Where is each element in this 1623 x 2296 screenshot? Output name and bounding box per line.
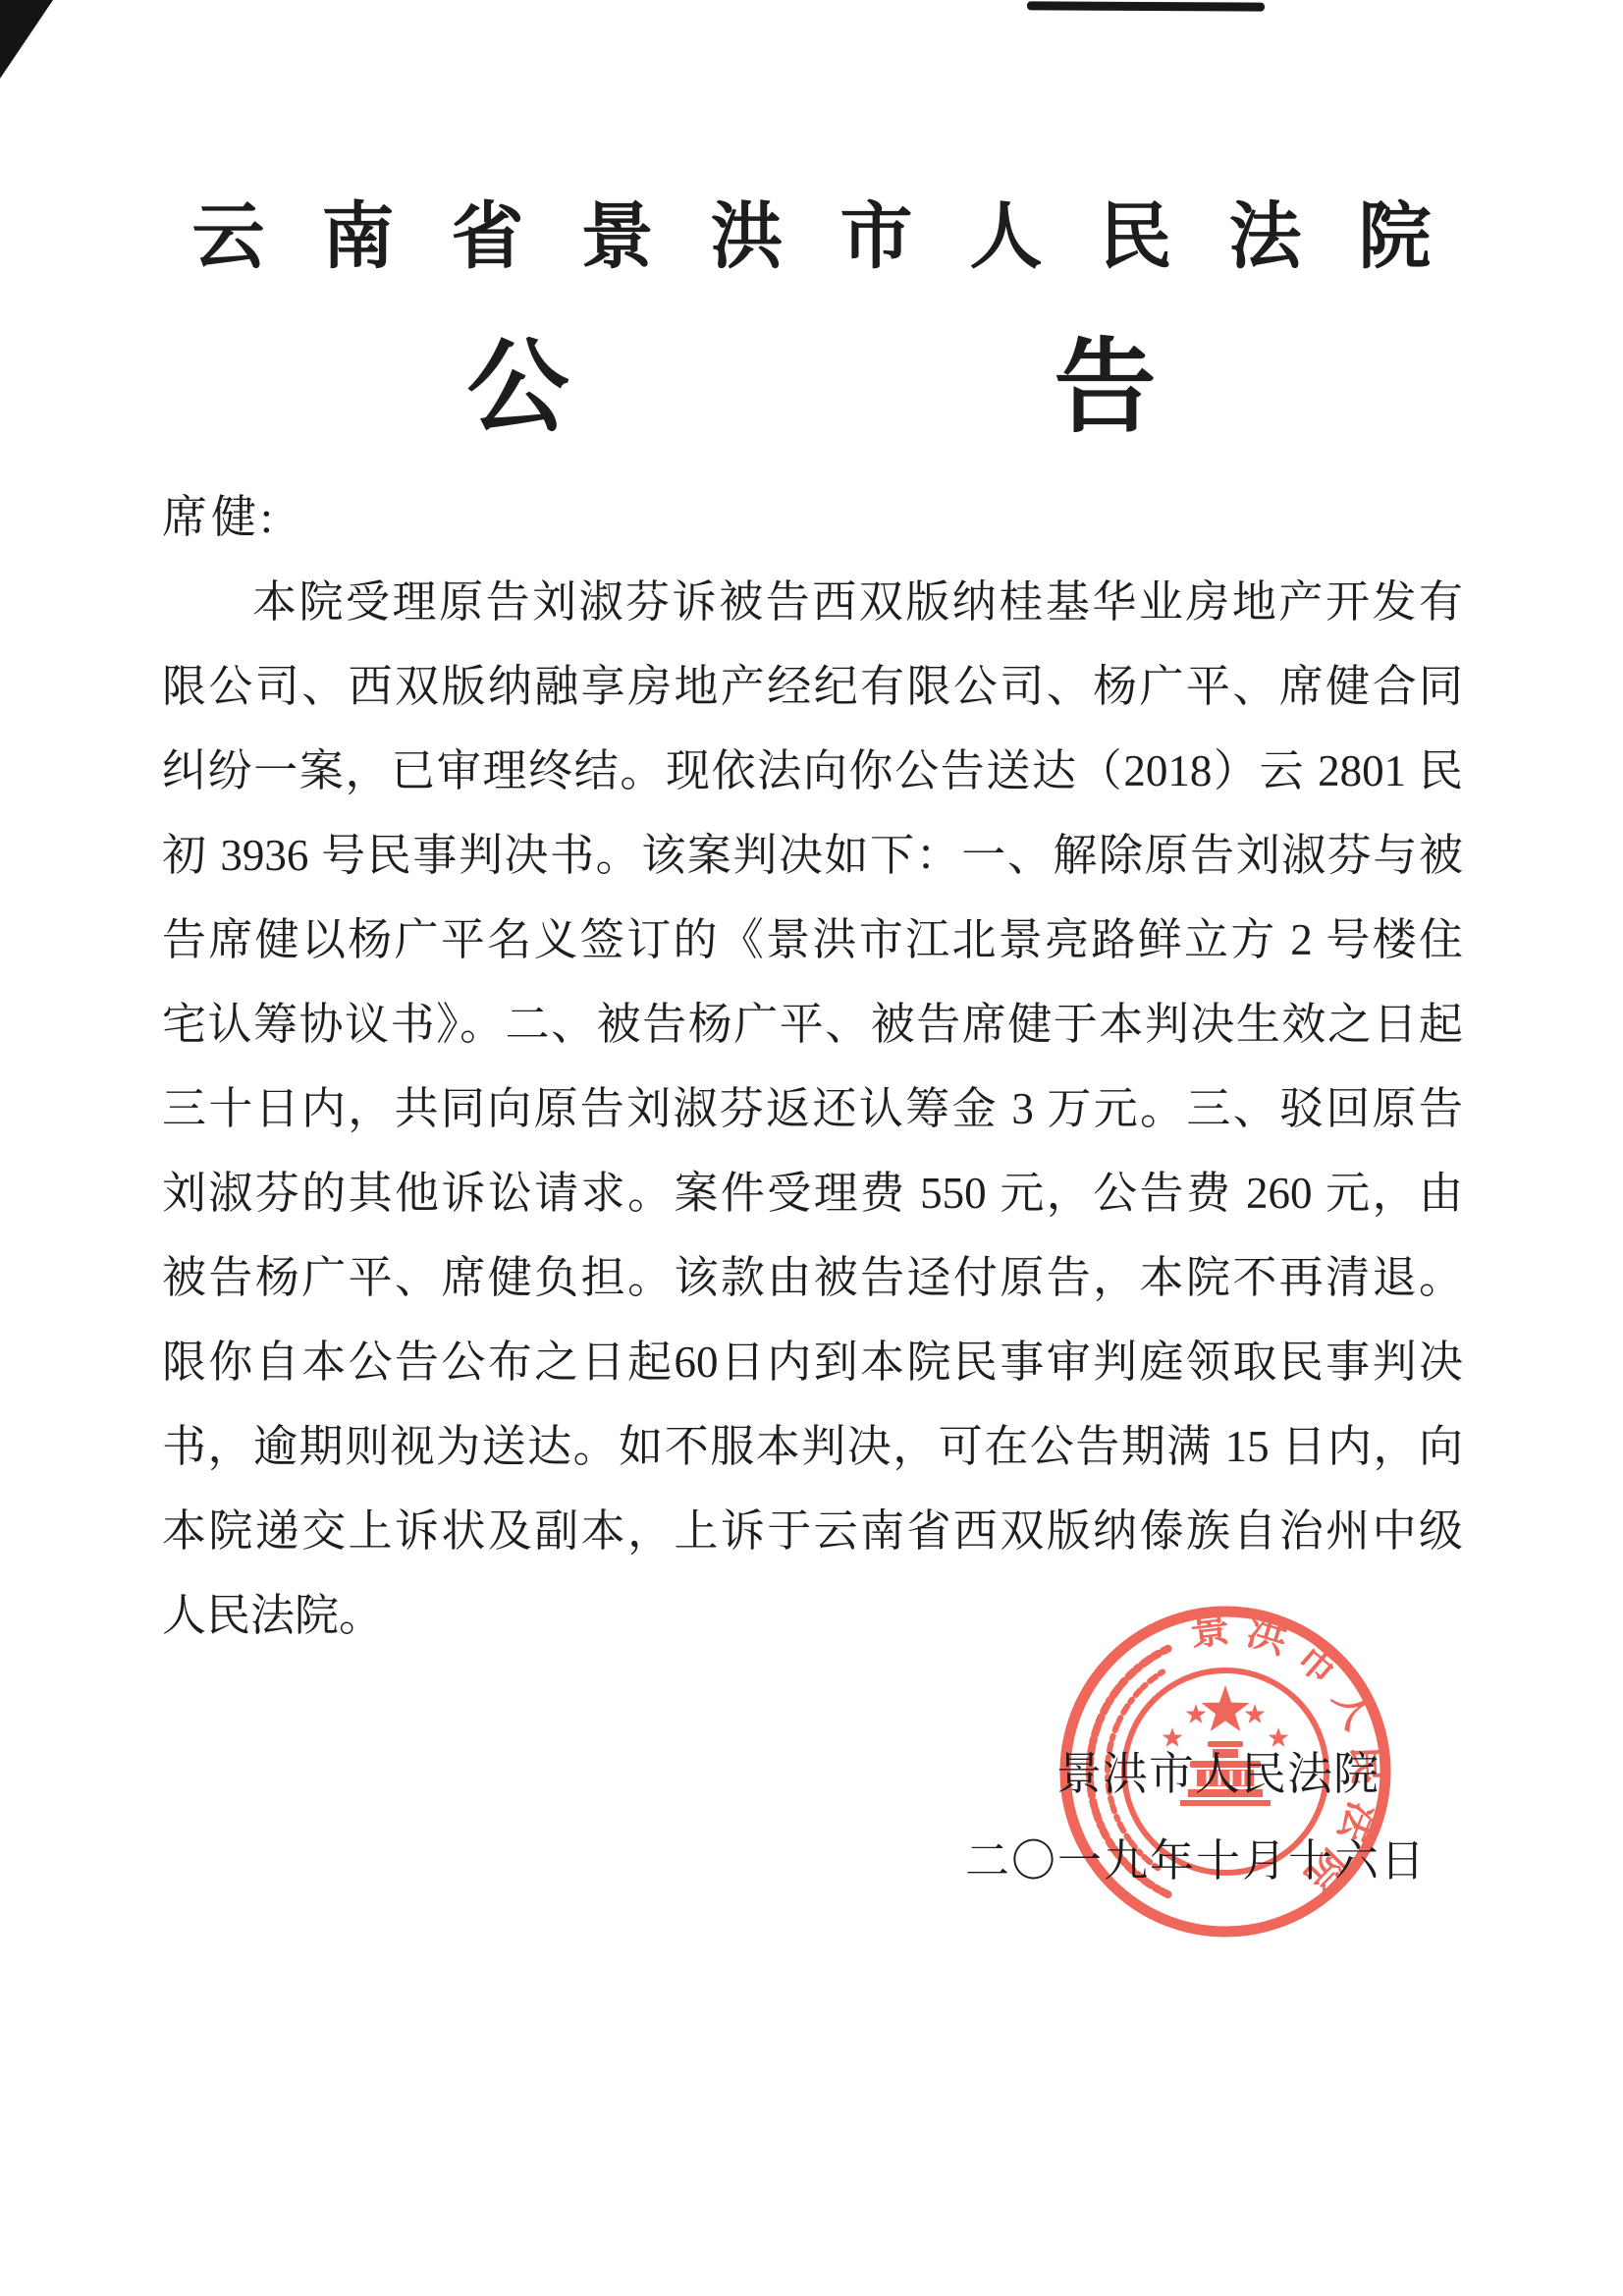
body-line: 初 3936 号民事判决书。该案判决如下：一、解除原告刘淑芬与被 [162,813,1463,898]
body-line: 书，逾期则视为送达。如不服本判决，可在公告期满 15 日内，向 [162,1404,1463,1489]
body-paragraph: 本院受理原告刘淑芬诉被告西双版纳桂基华业房地产开发有限公司、西双版纳融享房地产经… [162,560,1463,1658]
document-date: 二〇一九年十月十六日 [965,1825,1427,1888]
scan-artifact-streak [1027,1,1265,11]
body-line: 三十日内，共同向原告刘淑芬返还认筹金 3 万元。三、驳回原告 [162,1066,1463,1151]
body-line: 本院递交上诉状及副本，上诉于云南省西双版纳傣族自治州中级 [162,1489,1463,1573]
announcement-page: 云南省景洪市人民法院 公 告 席健: 本院受理原告刘淑芬诉被告西双版纳桂基华业房… [0,0,1623,2296]
body-line: 被告杨广平、席健负担。该款由被告迳付原告，本院不再清退。 [162,1235,1463,1320]
body-line: 纠纷一案，已审理终结。现依法向你公告送达（2018）云 2801 民 [162,729,1463,813]
signature-court-name: 景洪市人民法院 [1056,1738,1380,1803]
body-line: 刘淑芬的其他诉讼请求。案件受理费 550 元，公告费 260 元，由 [162,1151,1463,1235]
body-line: 限公司、西双版纳融享房地产经纪有限公司、杨广平、席健合同 [162,644,1463,729]
scan-artifact-corner [0,0,53,79]
court-name-heading: 云南省景洪市人民法院 [0,179,1623,283]
body-line: 限你自本公告公布之日起60日内到本院民事审判庭领取民事判决 [162,1320,1463,1404]
body-line: 宅认筹协议书》。二、被告杨广平、被告席健于本判决生效之日起 [162,982,1463,1066]
salutation: 席健: [162,481,277,546]
body-line: 告席健以杨广平名义签订的《景洪市江北景亮路鲜立方 2 号楼住 [162,898,1463,982]
page-title: 公 告 [0,304,1623,452]
body-line: 本院受理原告刘淑芬诉被告西双版纳桂基华业房地产开发有 [162,560,1463,644]
